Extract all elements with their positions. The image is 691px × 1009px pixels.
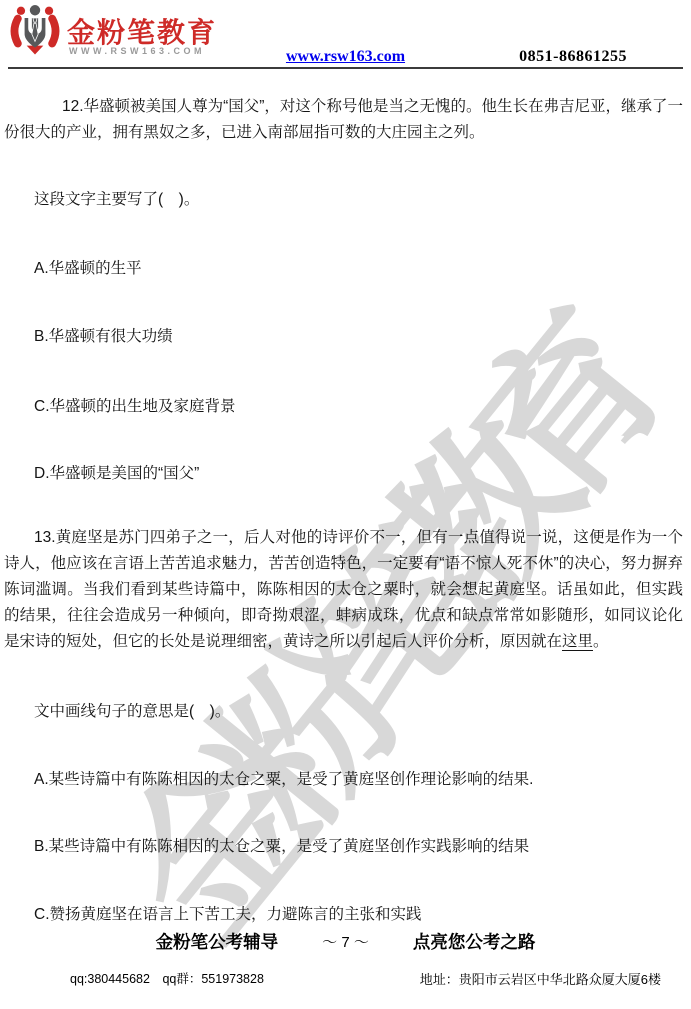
phone-number: 0851-86861255 — [519, 48, 627, 66]
page-footer: 金粉笔公考辅导 ～ 7 ～ 点亮您公考之路 — [0, 929, 691, 954]
question-12-prompt: 这段文字主要写了( )。 — [4, 187, 683, 213]
question-13-option-c: C.赞扬黄庭坚在语言上下苦工夫，力避陈言的主张和实践 — [4, 902, 683, 928]
question-12-body: 12.华盛顿被美国人尊为“国父”，对这个称号他是当之无愧的。他生长在弗吉尼亚，继… — [4, 94, 683, 146]
footer-brand-left: 金粉笔公考辅导 — [156, 929, 279, 954]
header-divider — [8, 67, 683, 69]
question-13-body-end: 。 — [593, 633, 609, 650]
question-12-option-a: A.华盛顿的生平 — [4, 256, 683, 282]
question-13-body-text: 13.黄庭坚是苏门四弟子之一，后人对他的诗评价不一，但有一点值得说一说，这便是作… — [4, 529, 683, 650]
contact-row: qq:380445682 qq群：551973828 地址：贵阳市云岩区中华北路… — [0, 969, 691, 988]
question-13-underlined-phrase: 这里 — [562, 633, 593, 651]
question-13-prompt: 文中画线句子的意思是( )。 — [4, 699, 683, 725]
contact-address: 地址：贵阳市云岩区中华北路众厦大厦6楼 — [420, 969, 661, 988]
footer-page-number: ～ 7 ～ — [322, 931, 369, 952]
question-13-option-a: A.某些诗篇中有陈陈相因的太仓之粟，是受了黄庭坚创作理论影响的结果. — [4, 767, 683, 793]
question-12-option-c: C.华盛顿的出生地及家庭背景 — [4, 394, 683, 420]
question-13-option-b: B.某些诗篇中有陈陈相因的太仓之粟，是受了黄庭坚创作实践影响的结果 — [4, 834, 683, 860]
question-12-option-d: D.华盛顿是美国的“国父” — [4, 461, 683, 487]
footer-brand-right: 点亮您公考之路 — [413, 929, 536, 954]
website-link[interactable]: www.rsw163.com — [286, 48, 405, 65]
brand-name: 金粉笔教育 — [67, 11, 217, 51]
question-13-body: 13.黄庭坚是苏门四弟子之一，后人对他的诗评价不一，但有一点值得说一说，这便是作… — [4, 525, 683, 655]
contact-qq: qq:380445682 qq群：551973828 — [70, 969, 264, 988]
question-12-option-b: B.华盛顿有很大功绩 — [4, 324, 683, 350]
document-page: 金粉笔教育 金粉笔教育 WWW.RSW163.COM www.rsw163.co… — [0, 0, 691, 1009]
